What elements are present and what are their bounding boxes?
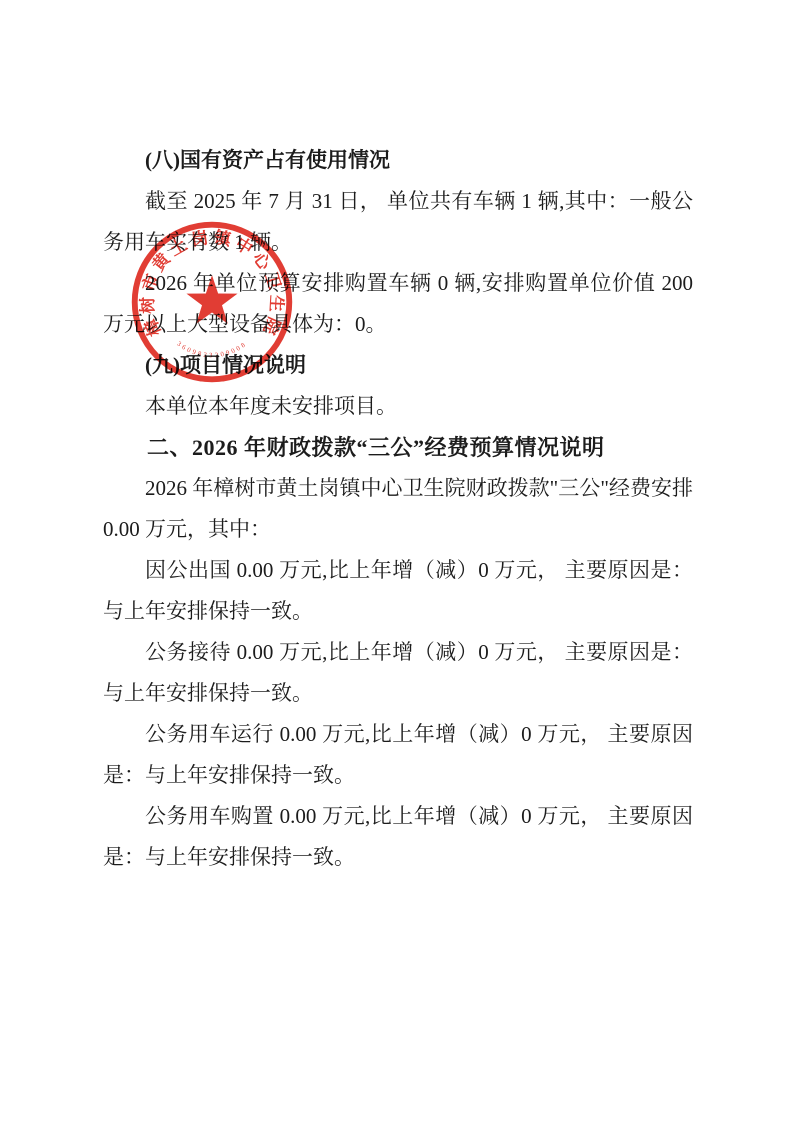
seal-star-icon xyxy=(186,275,237,324)
official-seal-stamp: 樟树市黄土岗镇中心卫生院 3609823209008 xyxy=(128,218,296,386)
para-no-projects: 本单位本年度未安排项目。 xyxy=(103,386,693,427)
heading-three-public-funds: 二、2026 年财政拨款“三公”经费预算情况说明 xyxy=(103,427,693,468)
para-vehicle-operation: 公务用车运行 0.00 万元,比上年增（减）0 万元， 主要原因是：与上年安排保… xyxy=(103,714,693,796)
para-overseas-trips: 因公出国 0.00 万元,比上年增（减）0 万元， 主要原因是：与上年安排保持一… xyxy=(103,550,693,632)
para-official-reception: 公务接待 0.00 万元,比上年增（减）0 万元， 主要原因是：与上年安排保持一… xyxy=(103,632,693,714)
heading-state-assets: (八)国有资产占有使用情况 xyxy=(103,140,693,181)
para-three-public-total: 2026 年樟树市黄土岗镇中心卫生院财政拨款"三公"经费安排 0.00 万元，其… xyxy=(103,468,693,550)
seal-serial-text: 3609823209008 xyxy=(175,340,248,359)
para-vehicle-purchase-fee: 公务用车购置 0.00 万元,比上年增（减）0 万元， 主要原因是：与上年安排保… xyxy=(103,796,693,878)
document-page: (八)国有资产占有使用情况 截至 2025 年 7 月 31 日， 单位共有车辆… xyxy=(0,0,793,1122)
